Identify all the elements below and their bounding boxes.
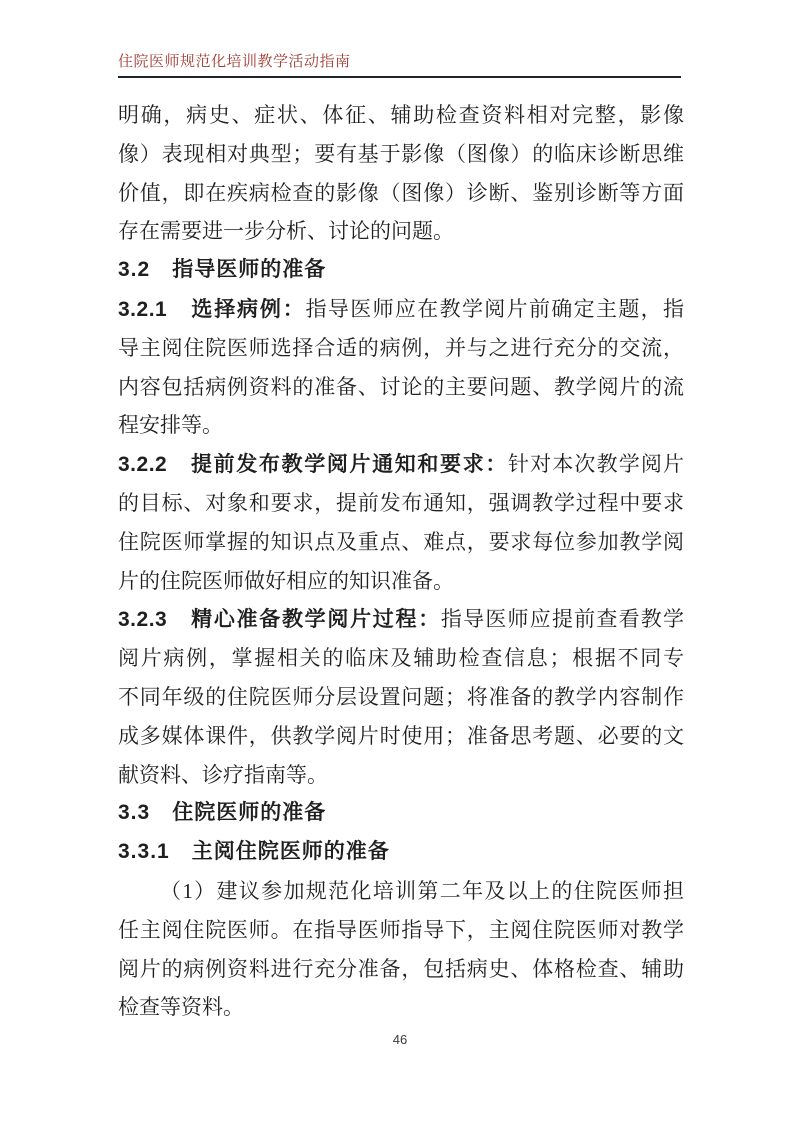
text-line: 的目标、对象和要求，提前发布通知，强调教学过程中要求 (118, 484, 684, 523)
text-line: 检查等资料。 (118, 988, 684, 1027)
text-line: 存在需要进一步分析、讨论的问题。 (118, 212, 684, 251)
text-line: 阅片病例，掌握相关的临床及辅助检查信息；根据不同专业、 (118, 639, 684, 678)
text-run: 指导医师应提前查看教学 (441, 607, 684, 631)
text-line: 价值，即在疾病检查的影像（图像）诊断、鉴别诊断等方面 (118, 174, 684, 213)
section-heading-3-2: 3.2 指导医师的准备 (118, 251, 684, 290)
text-line: 阅片的病例资料进行充分准备，包括病史、体格检查、辅助 (118, 950, 684, 989)
running-head-title: 住院医师规范化培训教学活动指南 (118, 54, 351, 70)
page-body-text: 明确，病史、症状、体征、辅助检查资料相对完整，影像（图 像）表现相对典型；要有基… (118, 96, 684, 1027)
text-line: 3.2.2 提前发布教学阅片通知和要求：针对本次教学阅片 (118, 445, 684, 484)
section-heading-3-3-1: 3.3.1 主阅住院医师的准备 (118, 833, 684, 872)
paragraph-lead-3-2-1: 3.2.1 选择病例： (118, 298, 306, 321)
running-head: 住院医师规范化培训教学活动指南 (118, 50, 681, 78)
section-heading-3-3: 3.3 住院医师的准备 (118, 794, 684, 833)
text-line: 成多媒体课件，供教学阅片时使用；准备思考题、必要的文 (118, 717, 684, 756)
text-line: 不同年级的住院医师分层设置问题；将准备的教学内容制作 (118, 678, 684, 717)
document-page: 住院医师规范化培训教学活动指南 明确，病史、症状、体征、辅助检查资料相对完整，影… (0, 0, 800, 1131)
text-line: 导主阅住院医师选择合适的病例，并与之进行充分的交流， (118, 329, 684, 368)
text-line: 内容包括病例资料的准备、讨论的主要问题、教学阅片的流 (118, 368, 684, 407)
paragraph-lead-3-2-3: 3.2.3 精心准备教学阅片过程： (118, 608, 441, 631)
paragraph-lead-3-2-2: 3.2.2 提前发布教学阅片通知和要求： (118, 453, 508, 476)
text-line: 3.2.1 选择病例：指导医师应在教学阅片前确定主题，指 (118, 290, 684, 329)
text-line: 献资料、诊疗指南等。 (118, 756, 684, 795)
text-line: （1）建议参加规范化培训第二年及以上的住院医师担 (118, 872, 684, 911)
text-line: 3.2.3 精心准备教学阅片过程：指导医师应提前查看教学 (118, 600, 684, 639)
page-number: 46 (0, 1032, 800, 1047)
text-run: 指导医师应在教学阅片前确定主题，指 (306, 297, 684, 321)
text-line: 程安排等。 (118, 406, 684, 445)
text-line: 任主阅住院医师。在指导医师指导下，主阅住院医师对教学 (118, 911, 684, 950)
text-line: 像）表现相对典型；要有基于影像（图像）的临床诊断思维 (118, 135, 684, 174)
text-line: 片的住院医师做好相应的知识准备。 (118, 562, 684, 601)
text-run: 针对本次教学阅片 (508, 452, 684, 476)
text-line: 住院医师掌握的知识点及重点、难点，要求每位参加教学阅 (118, 523, 684, 562)
text-line: 明确，病史、症状、体征、辅助检查资料相对完整，影像（图 (118, 96, 684, 135)
